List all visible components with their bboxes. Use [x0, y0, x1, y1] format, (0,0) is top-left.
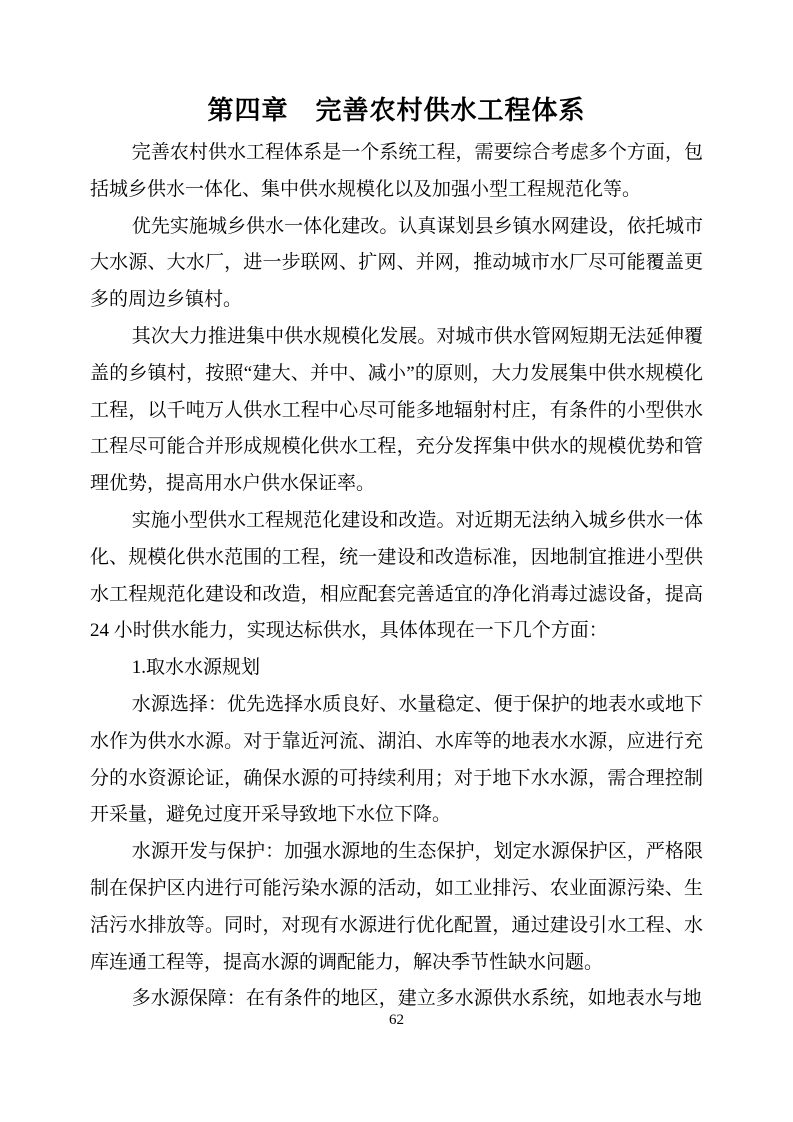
paragraph-urban-rural-integration: 优先实施城乡供水一体化建改。认真谋划县乡镇水网建设，依托城市大水源、大水厂，进一…: [90, 209, 703, 319]
chapter-title: 第四章 完善农村供水工程体系: [90, 92, 703, 128]
paragraph-water-source-selection: 水源选择：优先选择水质良好、水量稳定、便于保护的地表水或地下水作为供水水源。对于…: [90, 687, 703, 834]
document-page: 第四章 完善农村供水工程体系 完善农村供水工程体系是一个系统工程，需要综合考虑多…: [0, 0, 793, 1122]
document-content: 第四章 完善农村供水工程体系 完善农村供水工程体系是一个系统工程，需要综合考虑多…: [90, 92, 703, 1018]
page-footer: 62: [0, 1010, 793, 1030]
paragraph-small-project-standardization: 实施小型供水工程规范化建设和改造。对近期无法纳入城乡供水一体化、规模化供水范围的…: [90, 503, 703, 650]
section-heading-water-source-planning: 1.取水水源规划: [90, 650, 703, 687]
page-number: 62: [389, 1012, 404, 1028]
paragraph-centralized-scale: 其次大力推进集中供水规模化发展。对城市供水管网短期无法延伸覆盖的乡镇村，按照“建…: [90, 319, 703, 503]
paragraph-source-development-protection: 水源开发与保护：加强水源地的生态保护，划定水源保护区，严格限制在保护区内进行可能…: [90, 834, 703, 981]
paragraph-intro: 完善农村供水工程体系是一个系统工程，需要综合考虑多个方面，包括城乡供水一体化、集…: [90, 135, 703, 209]
